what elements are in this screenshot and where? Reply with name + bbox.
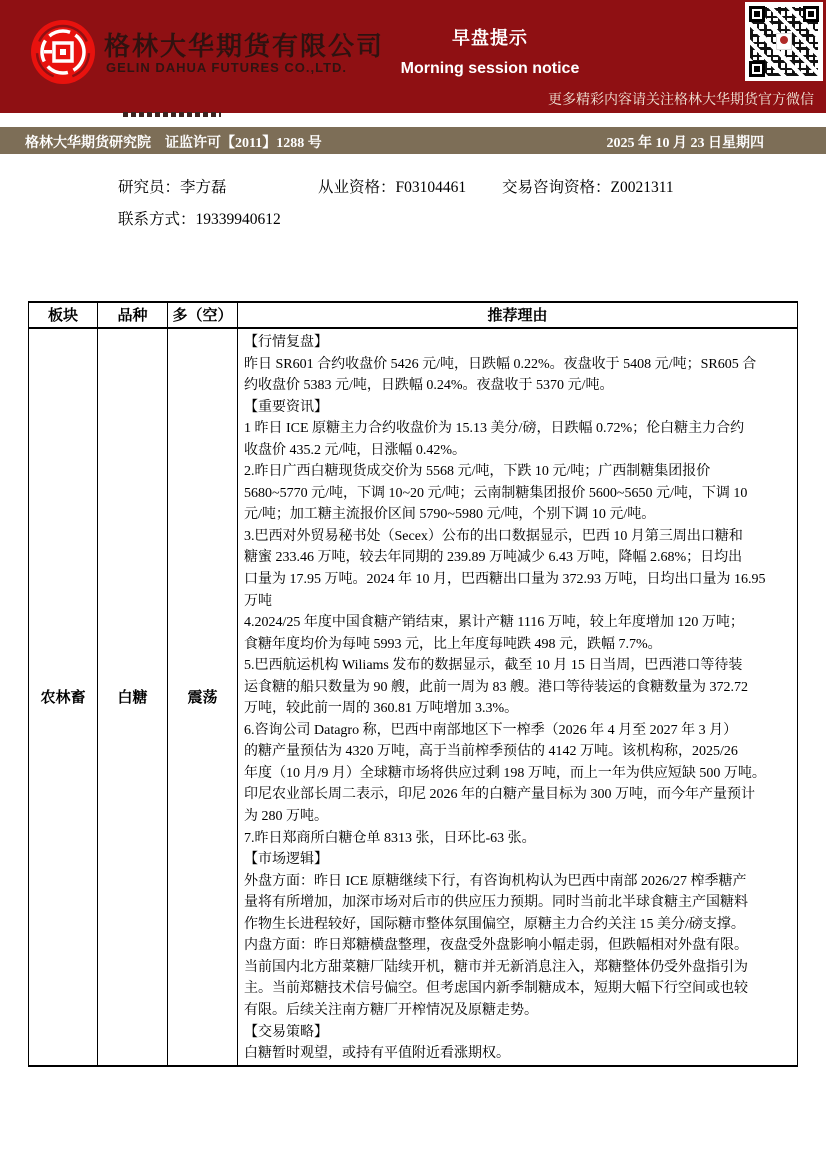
qr-finder-icon (749, 6, 765, 22)
company-name-cn: 格林大华期货有限公司 (104, 26, 384, 63)
cell-sector: 农林畜 (29, 328, 98, 1066)
company-name-en: GELIN DAHUA FUTURES CO.,LTD. (106, 60, 347, 75)
col-header-variety: 品种 (98, 302, 168, 328)
notice-title-en: Morning session notice (350, 60, 630, 78)
researcher-advisory-qualification: 交易咨询资格：Z0021311 (502, 175, 674, 197)
morning-notice-page: 格林大华期货有限公司 GELIN DAHUA FUTURES CO.,LTD. … (0, 0, 826, 1169)
qr-finder-icon (803, 6, 819, 22)
reason-text: 【行情复盘】 昨日 SR601 合约收盘价 5426 元/吨，日跌幅 0.22%… (244, 332, 793, 1065)
institute-license-text: 格林大华期货研究院 证监许可【2011】1288 号 (25, 132, 322, 152)
recommendation-table: 板块 品种 多（空） 推荐理由 农林畜 白糖 震荡 【行情复盘】 昨日 SR60… (28, 301, 798, 1067)
researcher-qualification: 从业资格：F03104461 (318, 175, 466, 197)
masthead: 格林大华期货有限公司 GELIN DAHUA FUTURES CO.,LTD. … (0, 0, 826, 113)
qr-finder-icon (749, 61, 765, 77)
cell-reason: 【行情复盘】 昨日 SR601 合约收盘价 5426 元/吨，日跌幅 0.22%… (238, 328, 798, 1066)
researcher-info-line: 研究员：李方磊 从业资格：F03104461 交易咨询资格：Z0021311 (0, 175, 826, 195)
col-header-direction: 多（空） (168, 302, 238, 328)
notice-title-block: 早盘提示 Morning session notice (350, 24, 630, 78)
qr-center-logo-icon (776, 33, 792, 50)
researcher-name: 研究员：李方磊 (118, 175, 227, 197)
table-row: 农林畜 白糖 震荡 【行情复盘】 昨日 SR601 合约收盘价 5426 元/吨… (29, 328, 798, 1066)
table-header-row: 板块 品种 多（空） 推荐理由 (29, 302, 798, 328)
wechat-qr-code-icon (745, 2, 823, 81)
divider-dots (123, 112, 221, 117)
cell-direction: 震荡 (168, 328, 238, 1066)
col-header-reason: 推荐理由 (238, 302, 798, 328)
company-logo-icon (30, 19, 96, 85)
report-date: 2025 年 10 月 23 日星期四 (607, 132, 765, 152)
col-header-sector: 板块 (29, 302, 98, 328)
wechat-follow-note: 更多精彩内容请关注格林大华期货官方微信 (548, 89, 814, 109)
institute-bar: 格林大华期货研究院 证监许可【2011】1288 号 2025 年 10 月 2… (0, 127, 826, 154)
researcher-contact: 联系方式：19339940612 (118, 207, 281, 229)
notice-title-cn: 早盘提示 (350, 24, 630, 50)
cell-variety: 白糖 (98, 328, 168, 1066)
